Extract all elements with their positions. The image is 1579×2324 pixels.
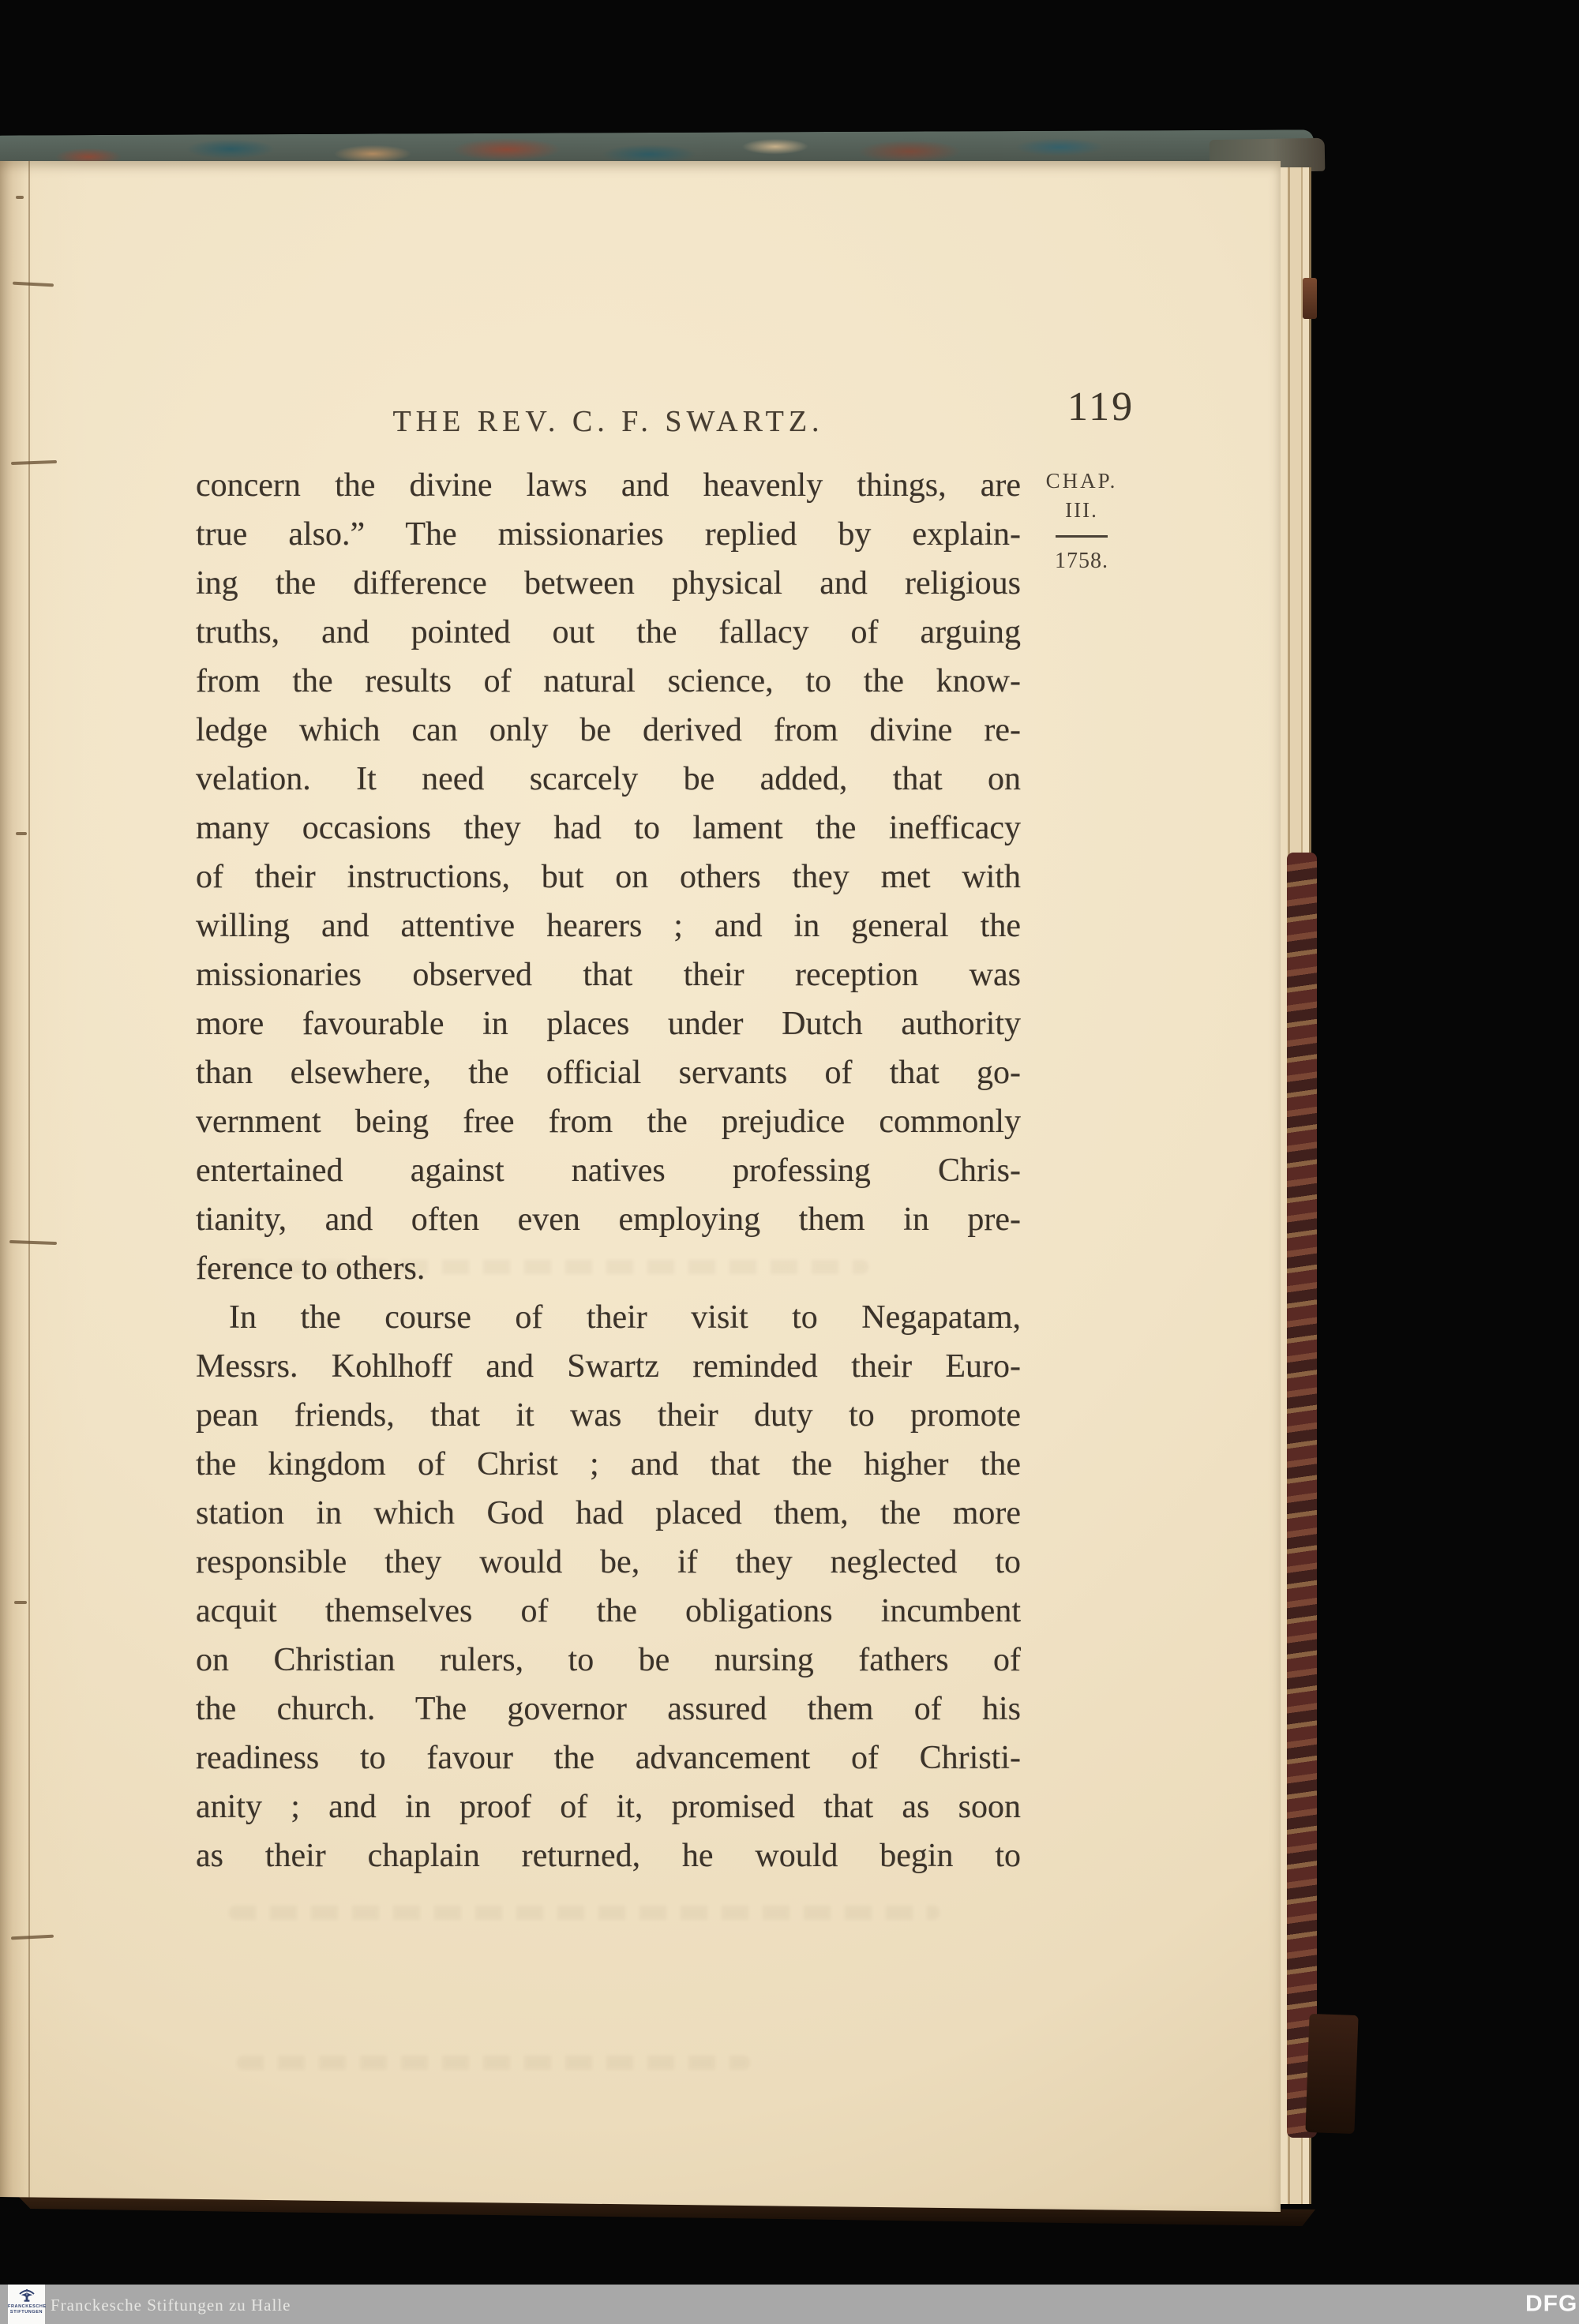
show-through-text (237, 2056, 750, 2070)
text-line: Messrs. Kohlhoff and Swartz reminded the… (196, 1342, 1021, 1391)
institution-name: Franckesche Stiftungen zu Halle (51, 2285, 291, 2324)
logo-text-line2: STIFTUNGEN (8, 2310, 45, 2315)
text-line: the kingdom of Christ ; and that the hig… (196, 1440, 1021, 1489)
text-line: more favourable in places under Dutch au… (196, 999, 1021, 1048)
text-line: willing and attentive hearers ; and in g… (196, 901, 1021, 950)
text-line: velation. It need scarcely be added, tha… (196, 755, 1021, 804)
footer-bar: FRANCKESCHE STIFTUNGEN Franckesche Stift… (0, 2285, 1579, 2324)
text-line: anity ; and in proof of it, promised tha… (196, 1782, 1021, 1831)
dfg-logo: DFG (1525, 2285, 1574, 2323)
margin-year: 1758. (1031, 549, 1132, 574)
binding-stitch (16, 196, 24, 199)
gutter-fold-line (28, 161, 30, 2212)
text-line: readiness to favour the advancement of C… (196, 1734, 1021, 1782)
margin-chapter-numeral: III. (1031, 498, 1132, 523)
text-line: acquit themselves of the obligations inc… (196, 1587, 1021, 1636)
margin-note: CHAP. III. 1758. (1031, 469, 1132, 574)
franckesche-logo: FRANCKESCHE STIFTUNGEN (8, 2285, 45, 2324)
margin-rule (1056, 535, 1108, 538)
text-line: missionaries observed that their recepti… (196, 950, 1021, 999)
page-number: 119 (1067, 384, 1162, 430)
text-line: vernment being free from the prejudice c… (196, 1097, 1021, 1146)
text-line: on Christian rulers, to be nursing fathe… (196, 1636, 1021, 1685)
page-gutter (0, 161, 95, 2212)
text-line: ing the difference between physical and … (196, 559, 1021, 608)
scanned-book-photo: THE REV. C. F. SWARTZ. 119 CHAP. III. 17… (0, 0, 1579, 2324)
text-line: tianity, and often even employing them i… (196, 1195, 1021, 1244)
book-cover-chip (1303, 278, 1317, 319)
text-line: than elsewhere, the official servants of… (196, 1048, 1021, 1097)
text-line: pean friends, that it was their duty to … (196, 1391, 1021, 1440)
text-line: from the results of natural science, to … (196, 657, 1021, 706)
binding-stitch (14, 1601, 27, 1604)
franckesche-eagle-icon (17, 2287, 36, 2304)
text-line: responsible they would be, if they negle… (196, 1538, 1021, 1587)
book-cover-right-edge (1287, 853, 1317, 2138)
text-line: truths, and pointed out the fallacy of a… (196, 608, 1021, 657)
text-line: as their chaplain returned, he would beg… (196, 1831, 1021, 1880)
body-text: concern the divine laws and heavenly thi… (196, 461, 1021, 1880)
text-line: of their instructions, but on others the… (196, 853, 1021, 901)
text-line: ference to others. (196, 1244, 1021, 1293)
text-line: the church. The governor assured them of… (196, 1685, 1021, 1734)
book-cover-bottom-right-corner (1305, 2014, 1358, 2134)
logo-text-line1: FRANCKESCHE (8, 2304, 45, 2310)
show-through-text (229, 1906, 940, 1920)
binding-stitch (16, 832, 27, 835)
text-line: In the course of their visit to Negapata… (196, 1293, 1021, 1342)
text-line: entertained against natives professing C… (196, 1146, 1021, 1195)
text-line: many occasions they had to lament the in… (196, 804, 1021, 853)
text-line: true also.” The missionaries replied by … (196, 510, 1021, 559)
margin-chapter-label: CHAP. (1031, 469, 1132, 493)
text-line: ledge which can only be derived from div… (196, 706, 1021, 755)
text-line: concern the divine laws and heavenly thi… (196, 461, 1021, 510)
running-header: THE REV. C. F. SWARTZ. (196, 404, 1021, 439)
text-line: station in which God had placed them, th… (196, 1489, 1021, 1538)
